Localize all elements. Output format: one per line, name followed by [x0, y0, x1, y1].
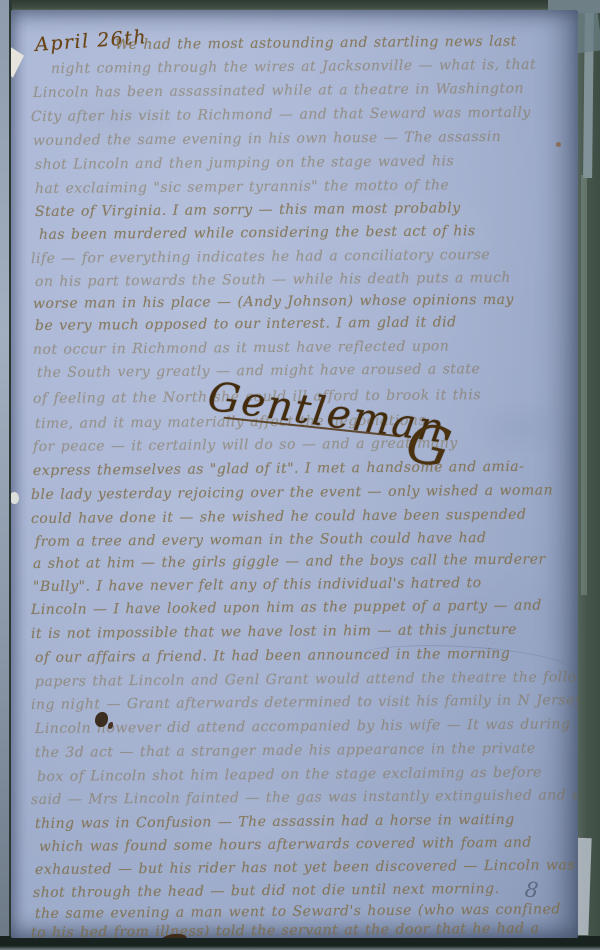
pencil-page-number: 8: [524, 877, 540, 902]
text-line: City after his visit to Richmond — and t…: [31, 105, 531, 126]
text-line: life — for everything indicates he had a…: [31, 247, 490, 268]
torn-corner: [11, 46, 24, 78]
scan-background-bottom-strip: [0, 936, 600, 950]
text-line: from a tree and every woman in the South…: [35, 530, 487, 551]
text-line: shot Lincoln and then jumping on the sta…: [35, 153, 454, 174]
text-line: the 3d act — that a stranger made his ap…: [35, 741, 536, 762]
text-line: We had the most astounding and startling…: [115, 33, 517, 54]
text-line: night coming through the wires at Jackso…: [51, 57, 536, 78]
text-line: a shot at him — the girls giggle — and t…: [33, 552, 546, 573]
text-line: "Bully". I have never felt any of this i…: [33, 575, 482, 596]
text-line: Lincoln has been assassinated while at a…: [33, 81, 524, 102]
text-line: thing was in Confusion — The assassin ha…: [35, 812, 515, 833]
text-line: Lincoln however did attend accompanied b…: [35, 716, 571, 738]
text-line: which was found some hours afterwards co…: [39, 835, 532, 856]
text-line: express themselves as "glad of it". I me…: [33, 459, 525, 480]
text-line: the South very greatly — and might have …: [37, 361, 480, 382]
adjacent-page-edge-left: [0, 0, 9, 950]
page-edge-stack-shaded: [581, 175, 587, 595]
text-line: Lincoln — I have looked upon him as the …: [31, 598, 542, 619]
text-line: shot through the head — but did not die …: [33, 881, 500, 902]
text-line: papers that Lincoln and Genl Grant would…: [35, 669, 578, 691]
text-line: ing night — Grant afterwards determined …: [31, 692, 578, 714]
scanned-diary-photo: April 26th We had the most astounding an…: [0, 0, 600, 950]
text-line: it is not impossible that we have lost i…: [31, 622, 517, 643]
text-line: State of Virginia. I am sorry — this man…: [35, 200, 461, 221]
text-line: could have done it — she wished he could…: [31, 507, 527, 528]
text-line: not occur in Richmond as it must have re…: [33, 338, 449, 359]
text-line: exhausted — but his rider has not yet be…: [35, 857, 575, 879]
manuscript-page: April 26th We had the most astounding an…: [11, 10, 578, 938]
text-line: ble lady yesterday rejoicing over the ev…: [31, 482, 553, 504]
text-line: on his part towards the South — while hi…: [35, 270, 511, 291]
text-line: worse man in his place — (Andy Johnson) …: [33, 292, 514, 313]
text-line: said — Mrs Lincoln fainted — the gas was…: [31, 787, 578, 809]
text-line: has been murdered while considering the …: [39, 223, 476, 244]
text-line: wounded the same evening in his own hous…: [33, 129, 501, 150]
paper-chip: [11, 492, 19, 504]
text-line: to his bed from illness) told the servan…: [31, 921, 540, 938]
text-line: box of Lincoln shot him leaped on the st…: [37, 765, 542, 786]
text-line: hat exclaiming "sic semper tyrannis" the…: [35, 177, 449, 198]
paper-stain: [556, 142, 561, 147]
text-line: be very much opposed to our interest. I …: [35, 314, 457, 335]
text-line: the same evening a man went to Seward's …: [35, 901, 561, 923]
